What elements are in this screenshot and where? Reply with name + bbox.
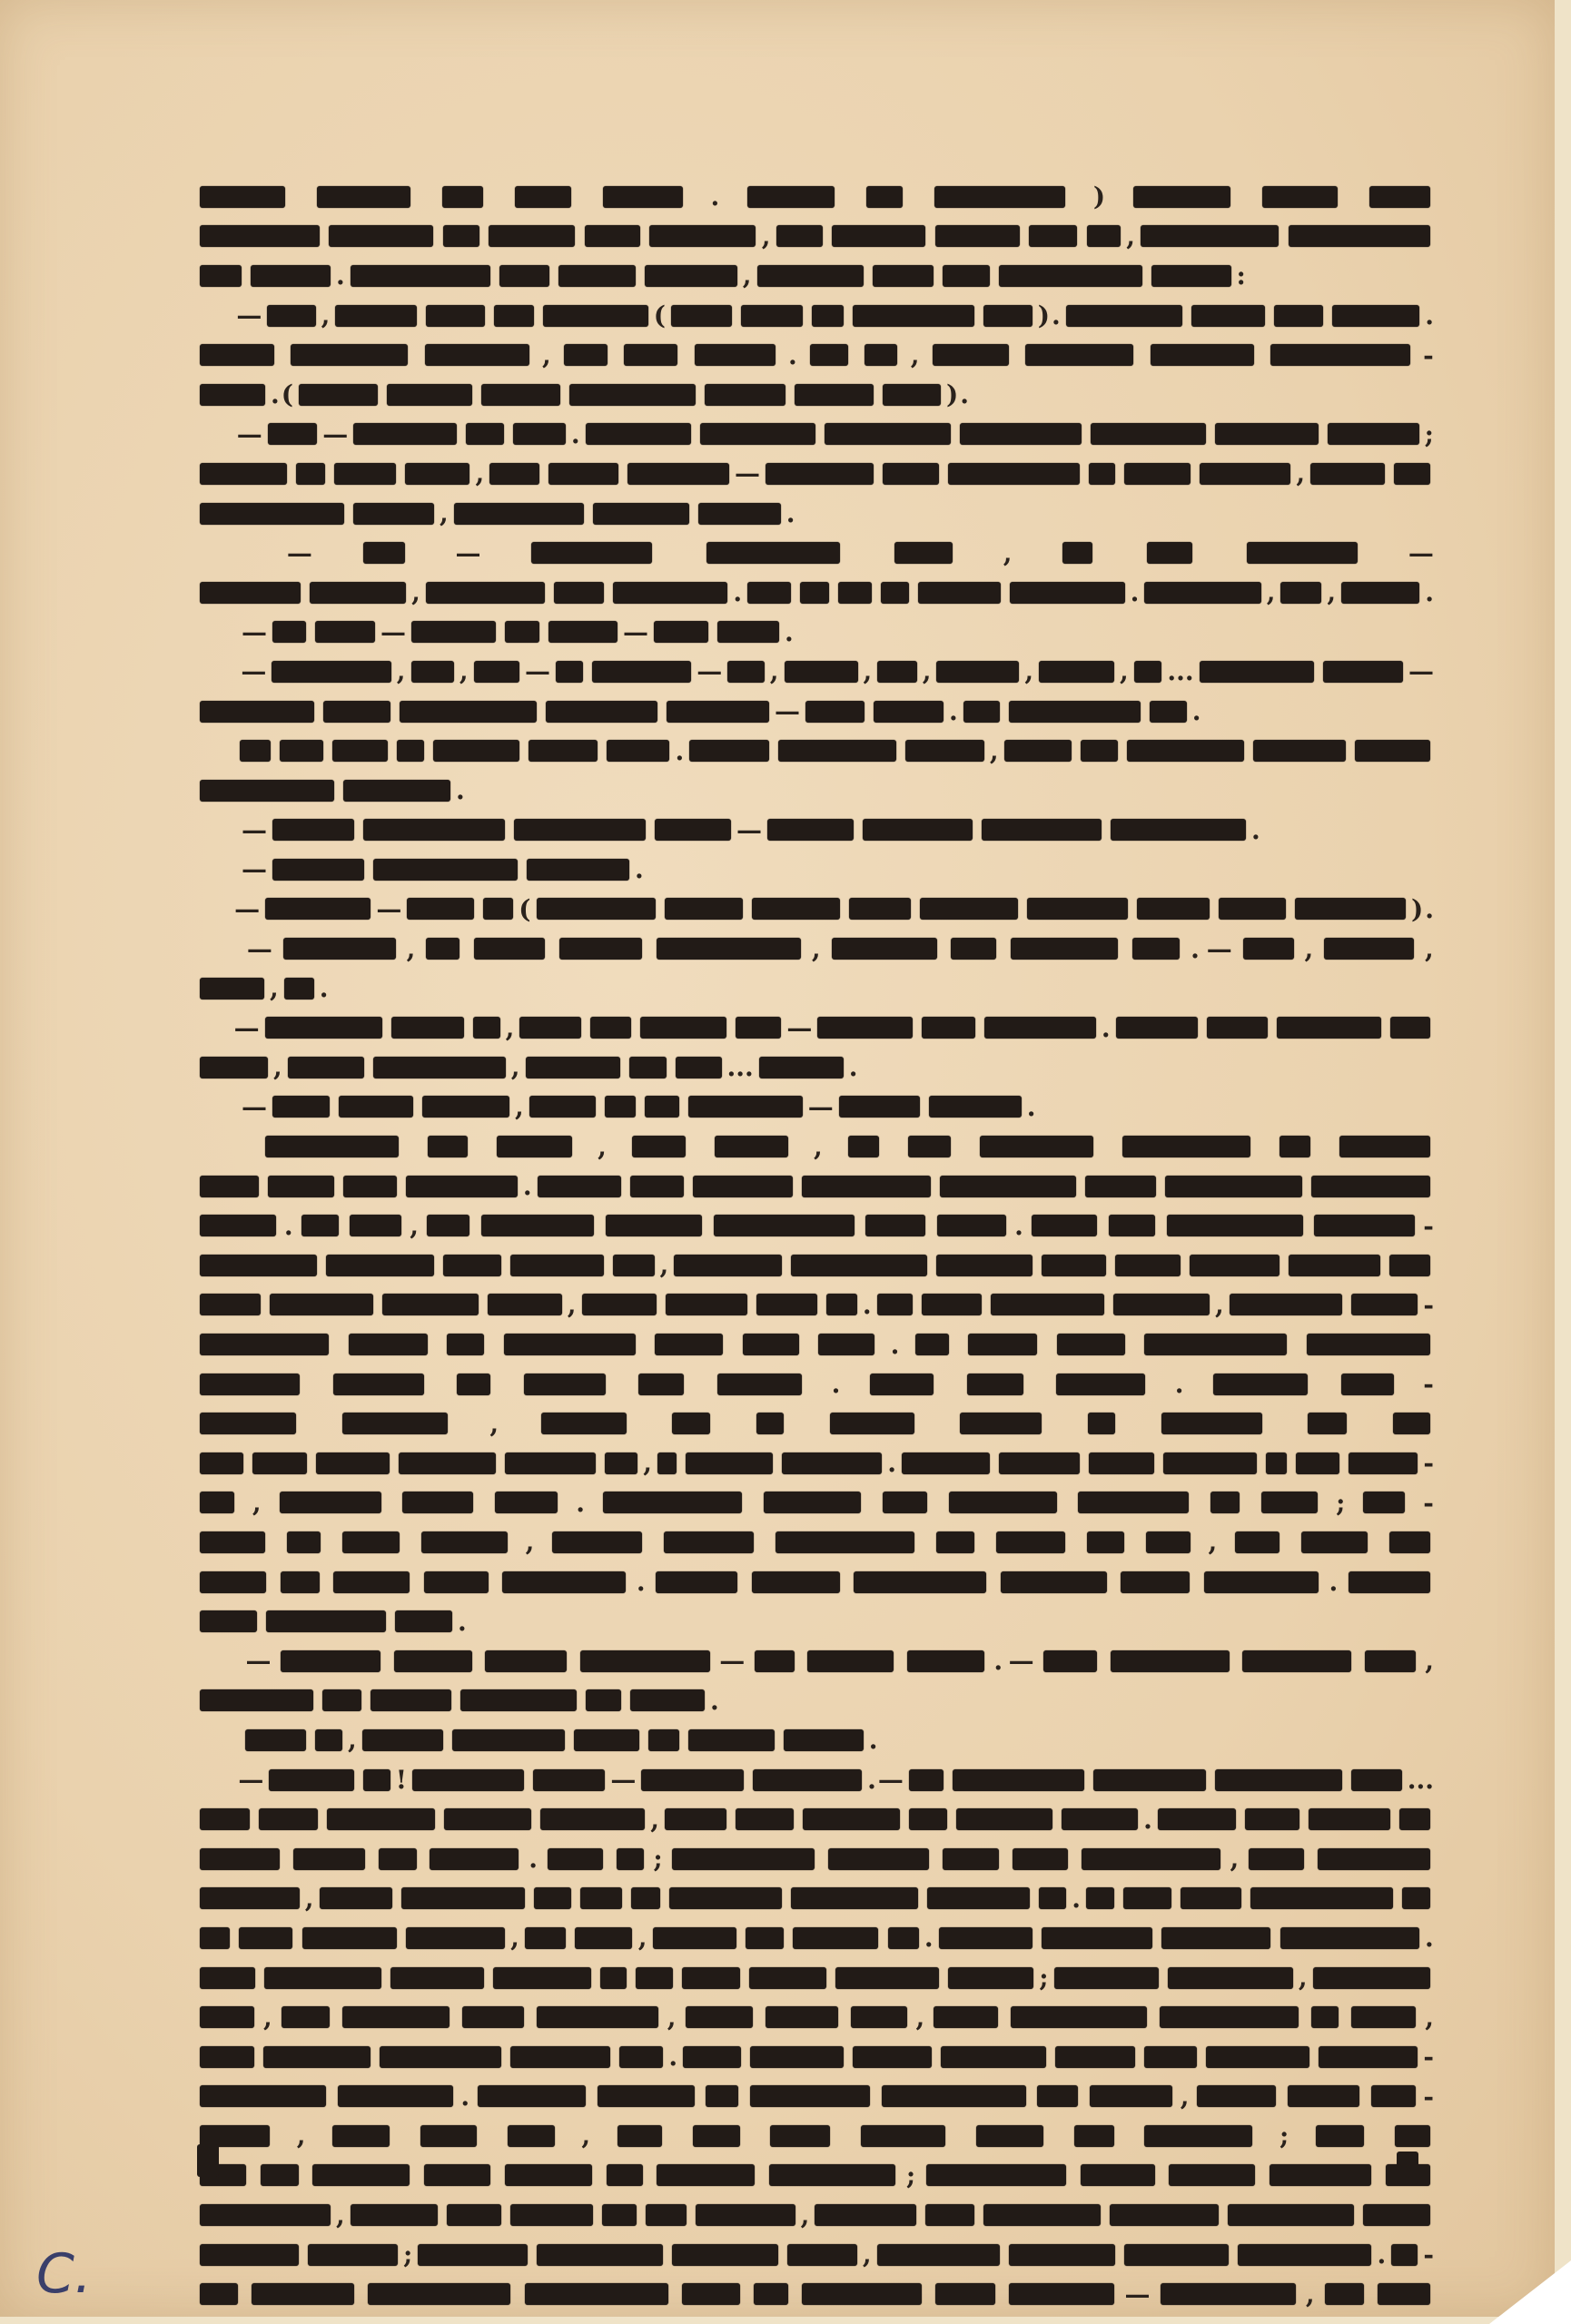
redacted-word xyxy=(688,1096,803,1118)
scanned-page: .),,.,:—,()..,.,-.().——.;,—,,.——,—,..,,.… xyxy=(0,0,1555,2317)
redacted-word xyxy=(996,1531,1065,1553)
redacted-word xyxy=(627,463,729,485)
redacted-word xyxy=(543,305,647,327)
text-line: ;,.- xyxy=(195,2235,1435,2275)
redacted-word xyxy=(1150,701,1187,723)
punctuation: . xyxy=(675,736,684,766)
redacted-text-body: .),,.,:—,()..,.,-.().——.;,—,,.——,—,..,,.… xyxy=(195,177,1435,2314)
redacted-word xyxy=(934,186,1065,208)
redacted-word xyxy=(1261,1492,1318,1513)
text-line: ,..,,. xyxy=(195,573,1435,613)
redacted-word xyxy=(636,1967,674,1989)
redacted-word xyxy=(1351,1769,1402,1791)
redacted-word xyxy=(665,1808,726,1830)
redacted-word xyxy=(736,1017,781,1039)
punctuation: . xyxy=(637,1567,646,1597)
redacted-word xyxy=(791,1887,918,1909)
redacted-word xyxy=(200,1848,280,1870)
text-line: ———. xyxy=(195,613,1435,653)
redacted-word xyxy=(351,265,490,287)
redacted-word xyxy=(669,1887,782,1909)
redacted-word xyxy=(558,265,636,287)
punctuation: . xyxy=(1014,1211,1023,1241)
punctuation: . xyxy=(710,1686,719,1716)
redacted-word xyxy=(667,701,769,723)
text-line: ., xyxy=(195,731,1435,771)
redacted-word xyxy=(1009,701,1141,723)
redacted-word xyxy=(1323,661,1403,683)
redacted-word xyxy=(582,1294,657,1315)
redacted-word xyxy=(683,2046,741,2068)
redacted-word xyxy=(1011,938,1118,960)
redacted-word xyxy=(1378,2283,1430,2305)
redacted-word xyxy=(406,1927,505,1949)
redacted-word xyxy=(497,1136,572,1157)
redacted-word xyxy=(1332,305,1419,327)
redacted-word xyxy=(776,1531,914,1553)
redacted-word xyxy=(574,1729,639,1751)
redacted-word xyxy=(373,859,518,881)
redacted-word xyxy=(411,621,496,643)
redacted-word xyxy=(426,582,545,604)
redacted-word xyxy=(877,1294,914,1315)
redacted-word xyxy=(418,2244,527,2266)
punctuation: ; xyxy=(1039,1963,1048,1993)
redacted-word xyxy=(672,1413,710,1434)
redacted-word xyxy=(513,423,566,445)
redacted-word xyxy=(265,1136,399,1157)
redacted-word xyxy=(629,1057,667,1078)
punctuation: , xyxy=(1208,1527,1217,1557)
redacted-word xyxy=(750,2085,870,2107)
redacted-word xyxy=(743,1334,799,1355)
redacted-word xyxy=(586,1689,621,1711)
redacted-word xyxy=(803,1808,900,1830)
punctuation: — xyxy=(1125,2280,1151,2309)
redacted-word xyxy=(695,344,776,366)
redacted-word xyxy=(1087,1531,1124,1553)
redacted-word xyxy=(1190,1255,1280,1276)
redacted-word xyxy=(1191,305,1265,327)
punctuation: — xyxy=(247,934,272,964)
punctuation: , xyxy=(814,1132,823,1162)
redacted-word xyxy=(1319,2046,1418,2068)
redacted-word xyxy=(1204,1571,1319,1593)
text-line: ,. xyxy=(195,494,1435,534)
redacted-word xyxy=(315,621,375,643)
punctuation: . xyxy=(1425,577,1434,607)
redacted-word xyxy=(427,1215,469,1236)
punctuation: — xyxy=(623,617,648,647)
punctuation: , xyxy=(526,1527,535,1557)
redacted-word xyxy=(752,1571,840,1593)
redacted-word xyxy=(853,2046,933,2068)
redacted-word xyxy=(302,1927,397,1949)
redacted-word xyxy=(548,1848,603,1870)
redacted-word xyxy=(1270,344,1410,366)
redacted-word xyxy=(870,1374,934,1395)
redacted-word xyxy=(424,2164,490,2186)
redacted-word xyxy=(861,2125,945,2147)
redacted-word xyxy=(747,582,791,604)
redacted-word xyxy=(353,423,457,445)
redacted-word xyxy=(541,1413,627,1434)
redacted-word xyxy=(918,582,1002,604)
redacted-word xyxy=(648,1729,679,1751)
redacted-word xyxy=(654,621,708,643)
redacted-word xyxy=(1056,1374,1145,1395)
redacted-word xyxy=(339,1096,413,1118)
redacted-word xyxy=(1123,1887,1171,1909)
redacted-word xyxy=(764,1492,861,1513)
punctuation: — xyxy=(697,656,722,686)
redacted-word xyxy=(598,2085,695,2107)
redacted-word xyxy=(657,938,801,960)
redacted-word xyxy=(1086,1887,1114,1909)
redacted-word xyxy=(200,701,314,723)
punctuation: . xyxy=(1072,1884,1081,1914)
redacted-word xyxy=(481,384,560,406)
redacted-word xyxy=(1266,1452,1287,1474)
text-line: .,: xyxy=(195,256,1435,296)
redacted-word xyxy=(937,1215,1006,1236)
redacted-word xyxy=(902,1452,990,1474)
redacted-word xyxy=(200,1334,329,1355)
redacted-word xyxy=(489,463,539,485)
redacted-word xyxy=(1341,582,1419,604)
redacted-word xyxy=(883,1492,927,1513)
redacted-word xyxy=(1280,582,1321,604)
text-line: .;, xyxy=(195,1839,1435,1879)
redacted-word xyxy=(1137,898,1210,920)
punctuation: , xyxy=(1327,577,1336,607)
redacted-word xyxy=(412,1769,523,1791)
redacted-word xyxy=(655,819,731,841)
redacted-word xyxy=(851,2006,907,2028)
redacted-word xyxy=(395,1610,452,1632)
redacted-word xyxy=(646,2204,687,2226)
text-line: .(). xyxy=(195,375,1435,415)
redacted-word xyxy=(281,1571,320,1593)
redacted-word xyxy=(200,1492,234,1513)
punctuation: . xyxy=(320,973,329,1003)
redacted-word xyxy=(266,1610,386,1632)
redacted-word xyxy=(908,1136,951,1157)
redacted-word xyxy=(564,344,608,366)
redacted-word xyxy=(630,1176,684,1197)
punctuation: , xyxy=(348,1725,357,1755)
redacted-word xyxy=(960,423,1082,445)
redacted-word xyxy=(420,2125,477,2147)
redacted-word xyxy=(606,1215,702,1236)
redacted-word xyxy=(428,1136,468,1157)
redacted-word xyxy=(778,740,896,762)
redacted-word xyxy=(865,344,897,366)
redacted-word xyxy=(689,740,769,762)
redacted-word xyxy=(387,384,472,406)
redacted-word xyxy=(546,701,657,723)
punctuation: ; xyxy=(403,2240,412,2270)
text-line: ——(). xyxy=(195,890,1435,930)
redacted-word xyxy=(332,2125,390,2147)
redacted-word xyxy=(727,661,765,683)
redacted-word xyxy=(1390,1017,1430,1039)
redacted-word xyxy=(200,344,274,366)
redacted-word xyxy=(907,1650,984,1672)
redacted-word xyxy=(245,1729,306,1751)
redacted-word xyxy=(1365,1650,1416,1672)
redacted-word xyxy=(1134,661,1162,683)
redacted-word xyxy=(1307,1334,1430,1355)
redacted-word xyxy=(1091,423,1206,445)
text-line: , xyxy=(195,1246,1435,1285)
redacted-word xyxy=(1169,2164,1255,2186)
redacted-word xyxy=(272,819,354,841)
redacted-word xyxy=(666,1294,748,1315)
redacted-word xyxy=(1144,582,1260,604)
redacted-word xyxy=(1042,1255,1106,1276)
redacted-word xyxy=(488,1294,562,1315)
redacted-word xyxy=(793,1927,878,1949)
redacted-word xyxy=(525,2283,668,2305)
redacted-word xyxy=(200,265,242,287)
redacted-word xyxy=(1085,1176,1156,1197)
redacted-word xyxy=(478,2085,586,2107)
redacted-word xyxy=(1371,2085,1416,2107)
redacted-word xyxy=(753,1769,863,1791)
redacted-word xyxy=(430,1848,519,1870)
redacted-word xyxy=(505,2164,592,2186)
redacted-word xyxy=(1057,1334,1125,1355)
punctuation: , xyxy=(1305,934,1314,964)
redacted-word xyxy=(1109,1215,1155,1236)
text-line: , xyxy=(195,1403,1435,1443)
punctuation: , xyxy=(1299,1963,1308,1993)
redacted-word xyxy=(526,1057,620,1078)
redacted-word xyxy=(1037,2085,1078,2107)
redacted-word xyxy=(263,2046,370,2068)
redacted-word xyxy=(272,859,364,881)
redacted-word xyxy=(200,1887,300,1909)
redacted-word xyxy=(200,186,285,208)
punctuation: — xyxy=(234,894,260,924)
handwritten-mark: C. xyxy=(36,2242,92,2306)
redacted-word xyxy=(342,2006,450,2028)
redacted-word xyxy=(752,898,840,920)
redacted-word xyxy=(826,1294,857,1315)
redacted-word xyxy=(925,2204,974,2226)
redacted-word xyxy=(200,2046,254,2068)
redacted-word xyxy=(1249,1848,1304,1870)
redacted-word xyxy=(1393,1413,1430,1434)
redacted-word xyxy=(272,621,306,643)
punctuation: . xyxy=(1102,1013,1111,1043)
punctuation: — xyxy=(237,419,262,449)
redacted-word xyxy=(590,1017,631,1039)
redacted-word xyxy=(342,1413,448,1434)
redacted-word xyxy=(399,1452,496,1474)
redacted-word xyxy=(1250,1887,1393,1909)
redacted-word xyxy=(832,225,925,247)
redacted-word xyxy=(1280,1927,1419,1949)
redacted-word xyxy=(493,1967,591,1989)
redacted-word xyxy=(483,898,514,920)
redacted-word xyxy=(1093,1769,1206,1791)
redacted-word xyxy=(1124,463,1191,485)
redacted-word xyxy=(426,938,459,960)
punctuation: . xyxy=(1377,2240,1386,2270)
redacted-word xyxy=(1270,2164,1371,2186)
redacted-word xyxy=(1200,463,1290,485)
punctuation: . xyxy=(1027,1092,1036,1122)
redacted-word xyxy=(200,463,287,485)
redacted-word xyxy=(264,1967,380,1989)
punctuation: . xyxy=(284,1211,293,1241)
redacted-word xyxy=(686,2006,753,2028)
redacted-word xyxy=(757,265,864,287)
redacted-word xyxy=(1289,225,1430,247)
text-line: ,, xyxy=(195,1522,1435,1562)
redacted-word xyxy=(334,463,396,485)
redacted-word xyxy=(569,384,696,406)
redacted-word xyxy=(280,1492,381,1513)
punctuation: — xyxy=(242,854,267,884)
redacted-word xyxy=(715,1136,788,1157)
text-line: ,.,- xyxy=(195,335,1435,375)
redacted-word xyxy=(1163,1452,1257,1474)
redacted-word xyxy=(688,1729,775,1751)
redacted-word xyxy=(460,1689,577,1711)
redacted-word xyxy=(494,305,534,327)
redacted-word xyxy=(1389,1255,1430,1276)
redacted-word xyxy=(948,463,1081,485)
redacted-word xyxy=(310,582,406,604)
redacted-word xyxy=(1399,1808,1430,1830)
punctuation: ... xyxy=(727,1052,754,1082)
redacted-word xyxy=(1090,2085,1172,2107)
punctuation: . xyxy=(891,1330,900,1360)
redacted-word xyxy=(953,1769,1084,1791)
punctuation: — xyxy=(735,458,760,488)
redacted-word xyxy=(1078,1492,1189,1513)
redacted-word xyxy=(200,1374,300,1395)
text-line: —. xyxy=(195,850,1435,890)
redacted-word xyxy=(1228,2204,1354,2226)
punctuation: , xyxy=(643,1448,652,1478)
redacted-word xyxy=(443,1255,501,1276)
punctuation: . xyxy=(529,1844,538,1874)
redacted-word xyxy=(320,1887,392,1909)
punctuation: - xyxy=(1423,1290,1434,1320)
redacted-word xyxy=(828,1848,929,1870)
redacted-word xyxy=(1168,1967,1293,1989)
redacted-word xyxy=(619,2046,663,2068)
text-line: . xyxy=(195,1167,1435,1206)
redacted-word xyxy=(1200,661,1314,683)
redacted-word xyxy=(200,1294,261,1315)
redacted-word xyxy=(200,503,344,525)
redacted-word xyxy=(1001,1571,1107,1593)
redacted-word xyxy=(909,1769,944,1791)
punctuation: , xyxy=(440,498,449,528)
punctuation: — xyxy=(380,617,406,647)
redacted-word xyxy=(401,1887,525,1909)
text-line: ,.- xyxy=(195,1443,1435,1483)
punctuation: , xyxy=(743,261,752,290)
text-line: ——.; xyxy=(195,415,1435,455)
text-line: ,,; xyxy=(195,2116,1435,2156)
redacted-word xyxy=(1055,2046,1135,2068)
redacted-word xyxy=(838,582,873,604)
punctuation: , xyxy=(863,2240,872,2270)
redacted-word xyxy=(379,1848,417,1870)
punctuation: - xyxy=(1423,1488,1434,1518)
redacted-word xyxy=(444,1808,531,1830)
redacted-word xyxy=(1062,542,1092,564)
text-line: —,,——,,,,,...— xyxy=(195,652,1435,692)
redacted-word xyxy=(363,1769,390,1791)
redacted-word xyxy=(894,542,953,564)
redacted-word xyxy=(200,1927,230,1949)
redacted-word xyxy=(1010,582,1124,604)
redacted-word xyxy=(607,740,669,762)
redacted-word xyxy=(1087,225,1121,247)
redacted-word xyxy=(1238,2244,1372,2266)
redacted-word xyxy=(853,305,973,327)
redacted-word xyxy=(251,265,331,287)
punctuation: . xyxy=(788,340,797,370)
text-line: ——. xyxy=(195,811,1435,851)
redacted-word xyxy=(800,582,829,604)
punctuation: . xyxy=(949,696,958,726)
redacted-word xyxy=(848,1136,879,1157)
redacted-word xyxy=(905,740,984,762)
redacted-word xyxy=(818,1334,874,1355)
redacted-word xyxy=(750,2046,844,2068)
redacted-word xyxy=(948,1967,1033,1989)
redacted-word xyxy=(200,780,334,802)
redacted-word xyxy=(665,898,743,920)
redacted-word xyxy=(1363,2204,1430,2226)
punctuation: — xyxy=(719,1646,745,1676)
punctuation: , xyxy=(305,1884,314,1914)
punctuation: - xyxy=(1423,1448,1434,1478)
redacted-word xyxy=(1089,463,1115,485)
redacted-word xyxy=(706,542,840,564)
redacted-word xyxy=(200,1689,313,1711)
redacted-word xyxy=(1111,1650,1230,1672)
punctuation: . xyxy=(849,1052,858,1082)
text-line: ,,,, xyxy=(195,1997,1435,2037)
redacted-word xyxy=(200,2244,299,2266)
punctuation: , xyxy=(410,1211,419,1241)
redacted-word xyxy=(749,1967,826,1989)
punctuation: ( xyxy=(654,300,666,330)
text-line: ——.—, xyxy=(195,1641,1435,1681)
redacted-word xyxy=(1144,2125,1252,2147)
redacted-word xyxy=(371,1689,451,1711)
redacted-word xyxy=(830,1413,914,1434)
redacted-word xyxy=(1369,186,1430,208)
redacted-word xyxy=(810,344,848,366)
redacted-word xyxy=(1295,898,1406,920)
redacted-word xyxy=(812,305,845,327)
punctuation: ) xyxy=(1411,894,1423,924)
redacted-word xyxy=(736,1808,794,1830)
redacted-word xyxy=(1230,1294,1343,1315)
redacted-word xyxy=(1124,2244,1229,2266)
punctuation: ) xyxy=(946,379,958,409)
